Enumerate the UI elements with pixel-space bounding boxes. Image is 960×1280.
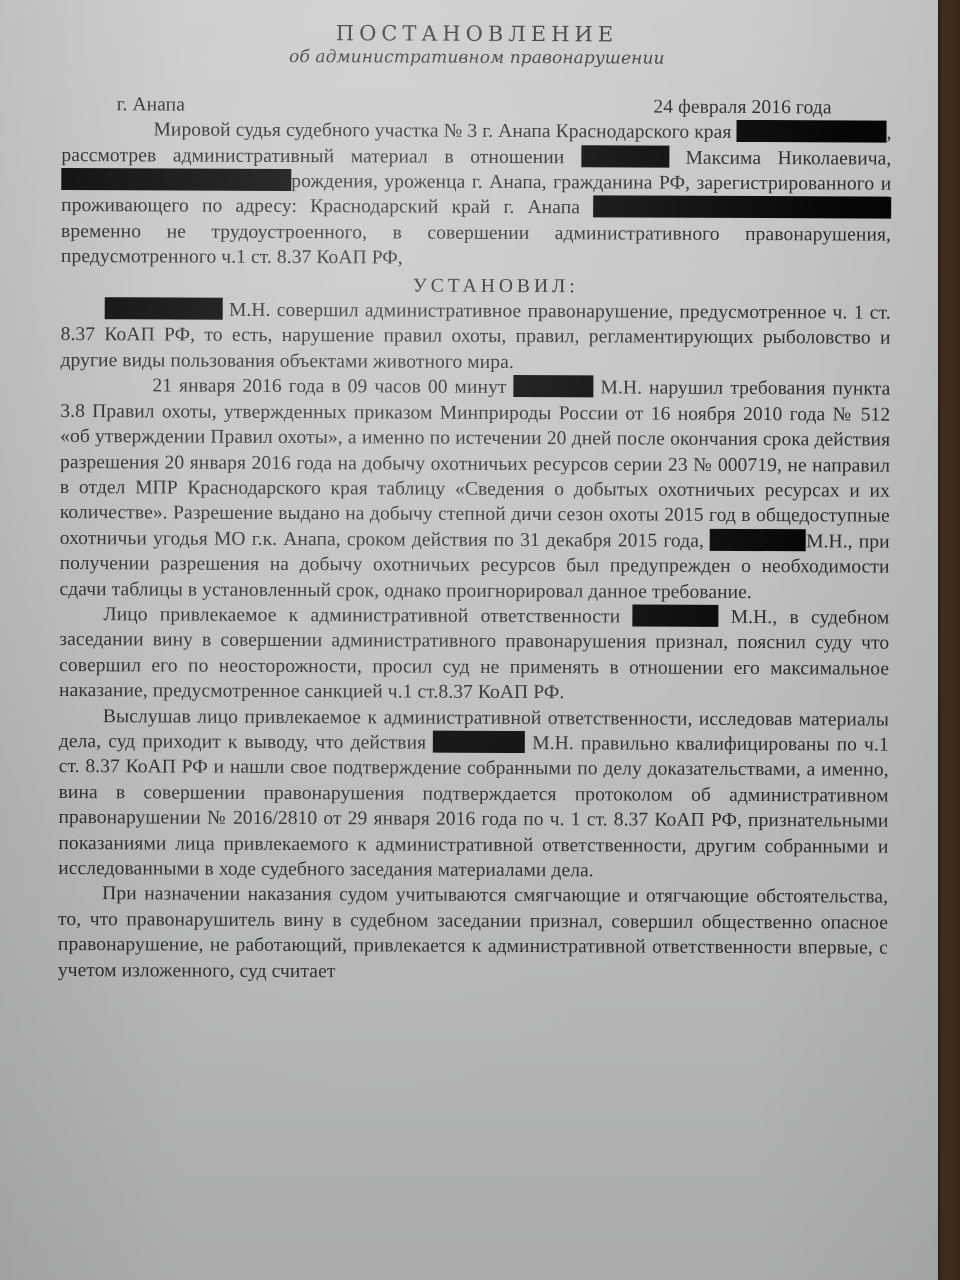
redaction-box [514, 375, 594, 397]
place: г. Анапа [117, 92, 185, 118]
redaction-box [632, 604, 718, 626]
redaction-box [105, 297, 223, 320]
redaction-box [710, 529, 806, 551]
intro-paragraph: Мировой судья судебного участка № 3 г. А… [61, 117, 892, 273]
paragraph-established: М.Н. совершил административное правонару… [60, 297, 890, 377]
paragraph-text: М.Н. нарушил требования пункта 3.8 Прави… [60, 378, 891, 552]
paragraph-hearing: Лицо привлекаемое к административной отв… [59, 602, 889, 707]
redaction-box [581, 145, 669, 167]
section-heading: УСТАНОВИЛ: [61, 272, 891, 301]
intro-text-5: временно не трудоустроенного, в совершен… [61, 221, 891, 269]
redaction-box [433, 731, 525, 753]
paragraph-violation: 21 января 2016 года в 09 часов 00 минут … [59, 373, 890, 605]
document-subtitle: об административном правонарушении [62, 44, 892, 73]
redaction-box [593, 196, 891, 219]
paragraph-text: 21 января 2016 года в 09 часов 00 минут [152, 376, 506, 399]
document-content: ПОСТАНОВЛЕНИЕ об административном правон… [58, 18, 892, 987]
paragraph-text: М.Н. правильно квалифицированы по ч.1 ст… [58, 733, 889, 881]
date: 24 февраля 2016 года [653, 94, 831, 120]
paragraph-sentencing: При назначении наказания судом учитывают… [58, 881, 888, 986]
redaction-box [61, 168, 291, 191]
place-date-line: г. Анапа 24 февраля 2016 года [62, 92, 892, 121]
paragraph-text: Лицо привлекаемое к административной отв… [103, 604, 620, 627]
intro-text-3: Максима Николаевича, [685, 147, 891, 169]
paragraph-conclusion: Выслушав лицо привлекаемое к администрат… [58, 704, 889, 885]
paragraph-text: При назначении наказания судом учитывают… [58, 884, 888, 982]
redaction-box [736, 120, 886, 143]
document-page: ПОСТАНОВЛЕНИЕ об административном правон… [0, 0, 938, 1280]
intro-text-1: Мировой судья судебного участка № 3 г. А… [153, 120, 731, 144]
